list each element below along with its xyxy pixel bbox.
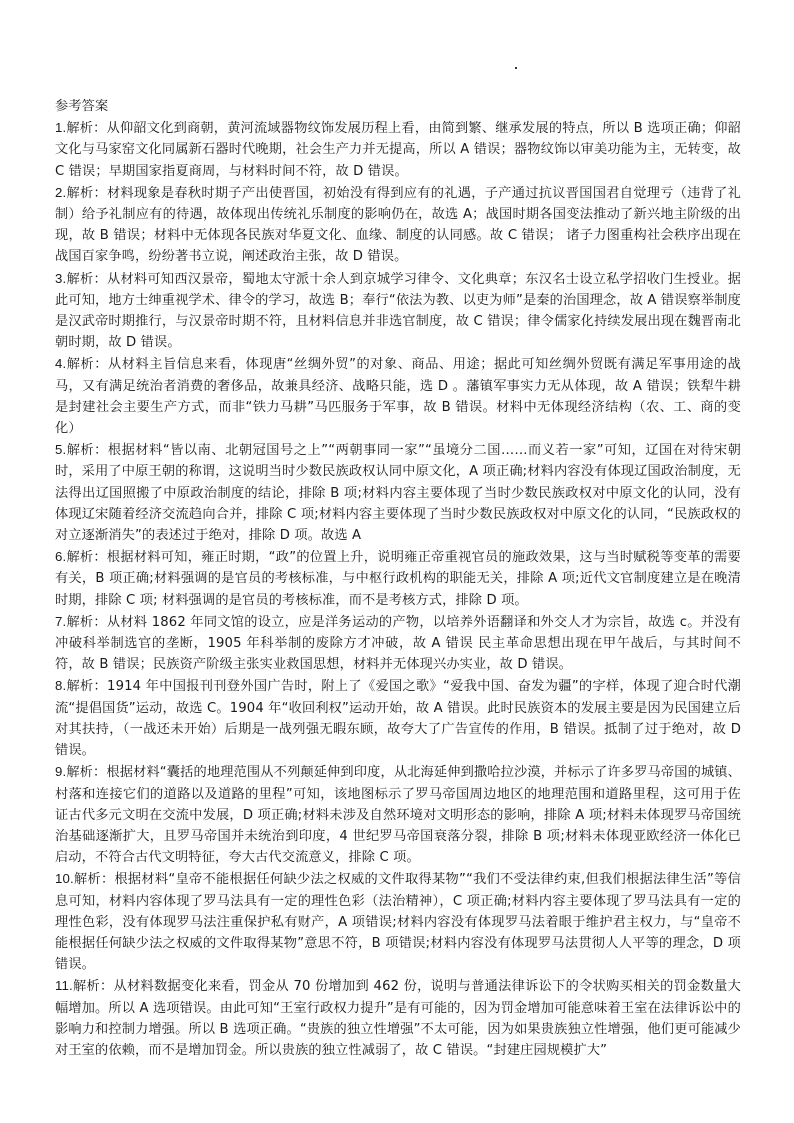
document-title: 参考答案 xyxy=(55,96,741,117)
item-text: 解析：材料现象是春秋时期子产出使晋国，初始没有得到应有的礼遇，子产通过抗议晋国国… xyxy=(55,186,741,265)
item-text: 解析：从材料 1862 年同文馆的设立，应是洋务运动的产物，以培养外语翻译和外交… xyxy=(55,615,741,672)
answer-item-3: 3.解析：从材料可知西汉景帝，蜀地太守派十余人到京城学习律令、文化典章；东汉名士… xyxy=(55,268,741,354)
answer-item-1: 1.解析：从仰韶文化到商朝，黄河流域器物纹饰发展历程上看，由简到繁、继承发展的特… xyxy=(55,117,741,182)
item-number: 6. xyxy=(55,549,66,564)
answer-item-7: 7.解析：从材料 1862 年同文馆的设立，应是洋务运动的产物，以培养外语翻译和… xyxy=(55,611,741,676)
item-text: 解析：1914 年中国报刊刊登外国广告时，附上了《爱国之歌》“爱我中国、奋发为疆… xyxy=(55,679,741,758)
item-number: 2. xyxy=(55,185,66,200)
answer-document: 参考答案 1.解析：从仰韶文化到商朝，黄河流域器物纹饰发展历程上看，由简到繁、继… xyxy=(55,96,741,1061)
item-number: 1. xyxy=(55,120,66,135)
item-number: 10. xyxy=(55,871,74,886)
item-number: 5. xyxy=(55,442,66,457)
item-text: 解析：从材料可知西汉景帝，蜀地太守派十余人到京城学习律令、文化典章；东汉名士设立… xyxy=(55,272,741,351)
answer-item-5: 5.解析：根据材料“皆以南、北朝冠国号之上”“两朝事同一家”“虽境分二国……而义… xyxy=(55,439,741,546)
item-text: 解析：从材料数据变化来看，罚金从 70 份增加到 462 份，说明与普通法律诉讼… xyxy=(55,979,741,1058)
answer-item-10: 10.解析：根据材料“皇帝不能根据任何缺少法之权威的文件取得某物”“我们不受法律… xyxy=(55,868,741,975)
item-number: 4. xyxy=(55,356,66,371)
item-text: 解析：根据材料“皆以南、北朝冠国号之上”“两朝事同一家”“虽境分二国……而义若一… xyxy=(55,443,741,543)
answer-item-11: 11.解析：从材料数据变化来看，罚金从 70 份增加到 462 份，说明与普通法… xyxy=(55,975,741,1061)
item-number: 8. xyxy=(55,678,66,693)
item-text: 解析：从材料主旨信息来看，体现唐“丝绸外贸”的对象、商品、用途；据此可知丝绸外贸… xyxy=(55,357,741,436)
answer-item-4: 4.解析：从材料主旨信息来看，体现唐“丝绸外贸”的对象、商品、用途；据此可知丝绸… xyxy=(55,353,741,439)
item-text: 解析：从仰韶文化到商朝，黄河流域器物纹饰发展历程上看，由简到繁、继承发展的特点，… xyxy=(55,121,741,178)
answer-item-2: 2.解析：材料现象是春秋时期子产出使晋国，初始没有得到应有的礼遇，子产通过抗议晋… xyxy=(55,182,741,268)
header-dot-mark xyxy=(515,67,517,69)
item-number: 3. xyxy=(55,271,66,286)
item-text: 解析：根据材料“皇帝不能根据任何缺少法之权威的文件取得某物”“我们不受法律约束,… xyxy=(55,872,741,972)
answer-item-8: 8.解析：1914 年中国报刊刊登外国广告时，附上了《爱国之歌》“爱我中国、奋发… xyxy=(55,675,741,761)
item-text: 解析：根据材料“囊括的地理范围从不列颠延伸到印度，从北海延伸到撒哈拉沙漠，并标示… xyxy=(55,765,741,865)
item-number: 11. xyxy=(55,978,73,993)
item-text: 解析：根据材料可知，雍正时期，“政”的位置上升，说明雍正帝重视官员的施政效果，这… xyxy=(55,550,741,607)
answer-item-6: 6.解析：根据材料可知，雍正时期，“政”的位置上升，说明雍正帝重视官员的施政效果… xyxy=(55,546,741,611)
answer-item-9: 9.解析：根据材料“囊括的地理范围从不列颠延伸到印度，从北海延伸到撒哈拉沙漠，并… xyxy=(55,761,741,868)
item-number: 7. xyxy=(55,614,66,629)
item-number: 9. xyxy=(55,764,66,779)
